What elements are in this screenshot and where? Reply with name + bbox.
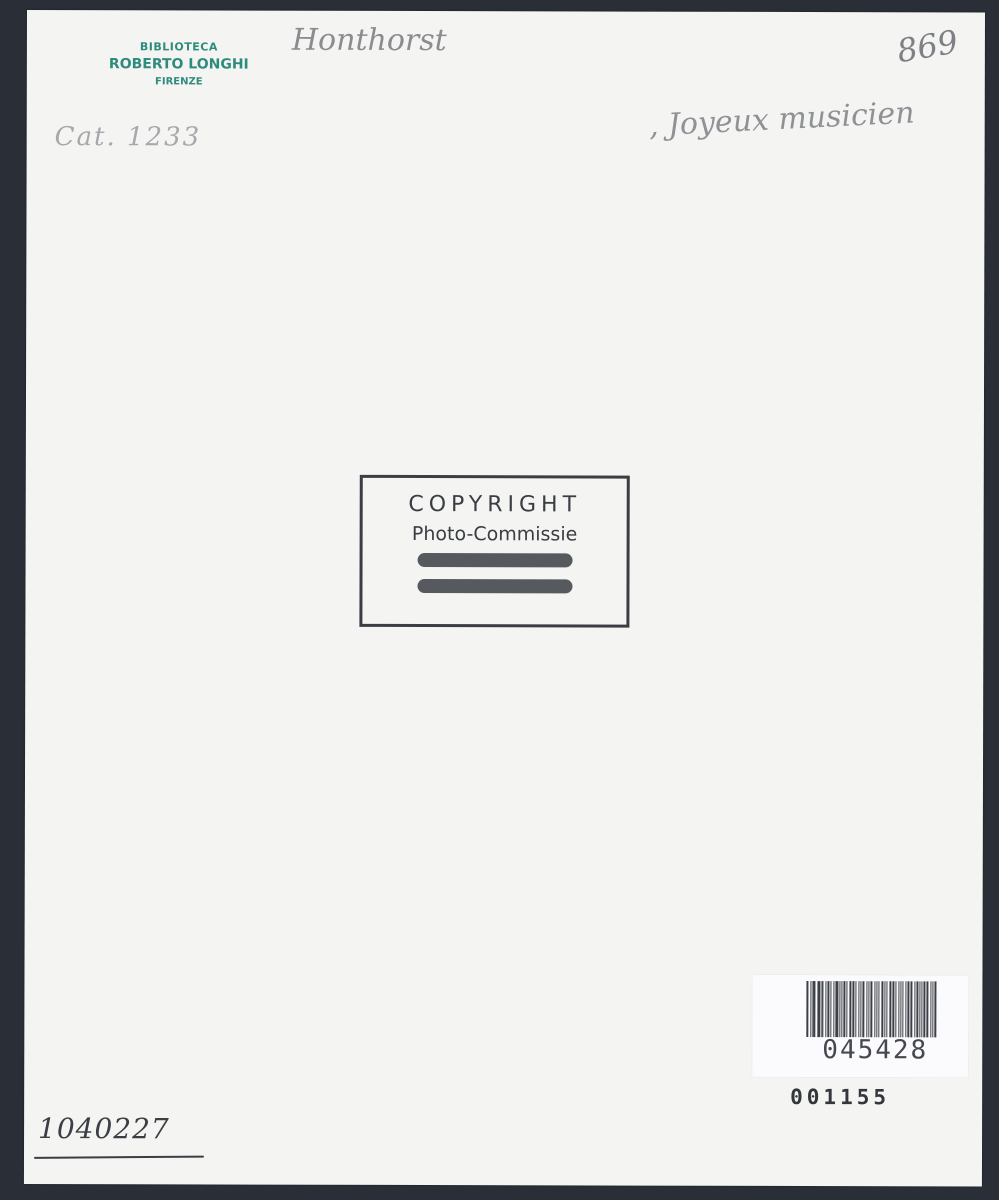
barcode-bar xyxy=(900,981,902,1037)
library-stamp-line1: BIBLIOTECA xyxy=(89,40,269,53)
inventory-underline xyxy=(34,1156,204,1159)
barcode-bar xyxy=(863,981,865,1037)
barcode-bar xyxy=(827,981,829,1037)
barcode-bar xyxy=(905,981,906,1037)
barcode-bar xyxy=(916,981,918,1037)
copyright-title: COPYRIGHT xyxy=(363,492,627,518)
barcode-bar xyxy=(868,981,869,1037)
barcode-bar xyxy=(844,981,846,1037)
barcode-bar xyxy=(893,981,895,1037)
library-stamp-line2: ROBERTO LONGHI xyxy=(89,56,269,72)
barcode-bar xyxy=(810,981,811,1037)
barcode-bar xyxy=(823,981,824,1037)
barcode-bar xyxy=(858,981,859,1037)
barcode-bar xyxy=(889,981,892,1037)
barcode-bar xyxy=(919,981,920,1037)
barcode-bar xyxy=(846,981,847,1037)
barcode-bar xyxy=(931,981,932,1037)
library-stamp: BIBLIOTECA ROBERTO LONGHI FIRENZE xyxy=(89,40,269,87)
barcode-bar xyxy=(926,981,929,1037)
copyright-subtitle: Photo-Commissie xyxy=(363,523,627,546)
barcode-bar xyxy=(814,981,816,1037)
barcode-bars xyxy=(806,981,938,1037)
handwritten-folio: 869 xyxy=(894,22,961,70)
barcode-bar xyxy=(907,981,910,1037)
barcode-bar xyxy=(839,981,840,1037)
barcode-bar xyxy=(817,981,820,1037)
barcode-bar xyxy=(876,981,877,1037)
barcode-bar xyxy=(933,981,934,1037)
barcode-bar xyxy=(830,981,832,1037)
stamped-number: 001155 xyxy=(790,1085,890,1109)
barcode-bar xyxy=(882,981,884,1037)
barcode-bar xyxy=(860,981,862,1037)
barcode-bar xyxy=(922,981,923,1037)
barcode-bar xyxy=(853,981,855,1037)
barcode-bar xyxy=(849,981,852,1037)
barcode-bar xyxy=(842,981,843,1037)
barcode-bar xyxy=(924,981,926,1037)
barcode-label: 045428 xyxy=(752,975,968,1078)
handwritten-subject: , Joyeux musicien xyxy=(648,95,915,143)
barcode-bar xyxy=(914,981,915,1037)
barcode-bar xyxy=(898,981,899,1037)
barcode-bar xyxy=(835,981,838,1037)
barcode-bar xyxy=(812,981,813,1037)
barcode-bar xyxy=(834,981,835,1037)
library-stamp-line3: FIRENZE xyxy=(89,76,269,87)
redacted-line xyxy=(417,553,572,567)
barcode-bar xyxy=(874,981,875,1037)
barcode-bar xyxy=(886,981,887,1037)
barcode-bar xyxy=(806,981,808,1037)
handwritten-catalog: Cat. 1233 xyxy=(55,122,202,152)
barcode-bar xyxy=(821,981,822,1037)
barcode-bar xyxy=(934,981,936,1037)
copyright-stamp: COPYRIGHT Photo-Commissie xyxy=(359,475,629,628)
barcode-bar xyxy=(895,981,896,1037)
barcode-bar xyxy=(878,981,880,1037)
redacted-line xyxy=(417,579,572,593)
barcode-bar xyxy=(903,981,904,1037)
barcode-bar xyxy=(911,981,913,1037)
barcode-bar xyxy=(866,981,867,1037)
photo-back-sheet: BIBLIOTECA ROBERTO LONGHI FIRENZE Hontho… xyxy=(24,10,985,1187)
handwritten-artist: Honthorst xyxy=(292,23,447,58)
handwritten-inventory: 1040227 xyxy=(38,1112,170,1145)
barcode-bar xyxy=(870,981,873,1037)
barcode-bar xyxy=(855,981,856,1037)
barcode-bar xyxy=(825,981,826,1037)
barcode-number: 045428 xyxy=(752,1035,968,1066)
barcode-bar xyxy=(884,981,885,1037)
